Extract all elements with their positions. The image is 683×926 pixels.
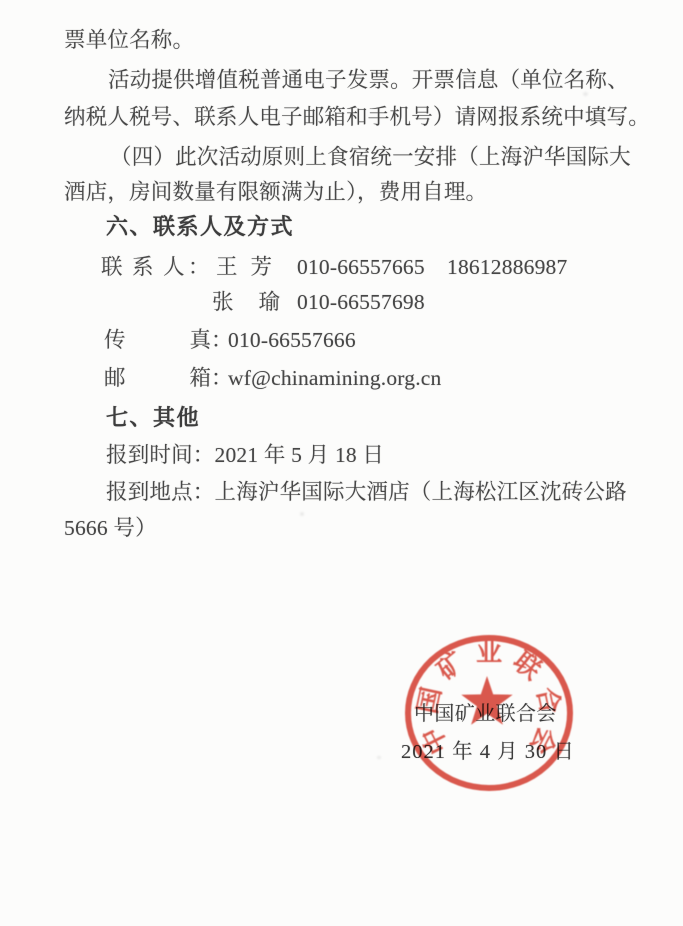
seal-char: 业	[476, 637, 502, 667]
official-seal: 中 国 矿 业 联 合 会	[398, 628, 582, 800]
document-page: 票单位名称。 活动提供增值税普通电子发票。开票信息（单位名称、 纳税人税号、联系…	[0, 0, 683, 926]
email-address: wf@chinamining.org.cn	[228, 363, 441, 393]
contact-mobile: 18612886987	[447, 252, 567, 282]
body-line: 活动提供增值税普通电子发票。开票信息（单位名称、	[108, 65, 629, 95]
checkin-place-line: 报到地点：上海沪华国际大酒店（上海松江区沈砖公路	[106, 477, 627, 507]
seal-char: 矿	[431, 646, 470, 686]
contact-phone: 010-66557665	[297, 252, 425, 282]
seal-char: 国	[412, 684, 447, 716]
body-line: 酒店，房间数量有限额满为止），费用自理。	[64, 177, 487, 207]
checkin-time-line: 报到时间：2021 年 5 月 18 日	[106, 440, 384, 470]
section-heading-contacts: 六、联系人及方式	[106, 212, 294, 242]
fax-number: 010-66557666	[228, 325, 356, 355]
contact-label: 联系人	[101, 252, 194, 282]
contact-name: 王芳	[216, 252, 285, 282]
body-line: （四）此次活动原则上食宿统一安排（上海沪华国际大	[110, 142, 631, 172]
scan-speck	[583, 92, 588, 96]
section-heading-other: 七、其他	[106, 403, 200, 433]
seal-char: 联	[508, 646, 547, 686]
checkin-place-line: 5666 号）	[64, 513, 157, 543]
colon: ：	[188, 252, 210, 282]
body-line: 纳税人税号、联系人电子邮箱和手机号）请网报系统中填写。	[64, 102, 650, 132]
scan-speck	[377, 756, 381, 759]
contact-name: 张瑜	[212, 287, 305, 317]
scan-speck	[300, 512, 304, 516]
contact-phone: 010-66557698	[297, 287, 425, 317]
seal-star-icon	[461, 676, 512, 725]
body-line: 票单位名称。	[64, 25, 194, 55]
seal-char: 合	[531, 684, 566, 716]
